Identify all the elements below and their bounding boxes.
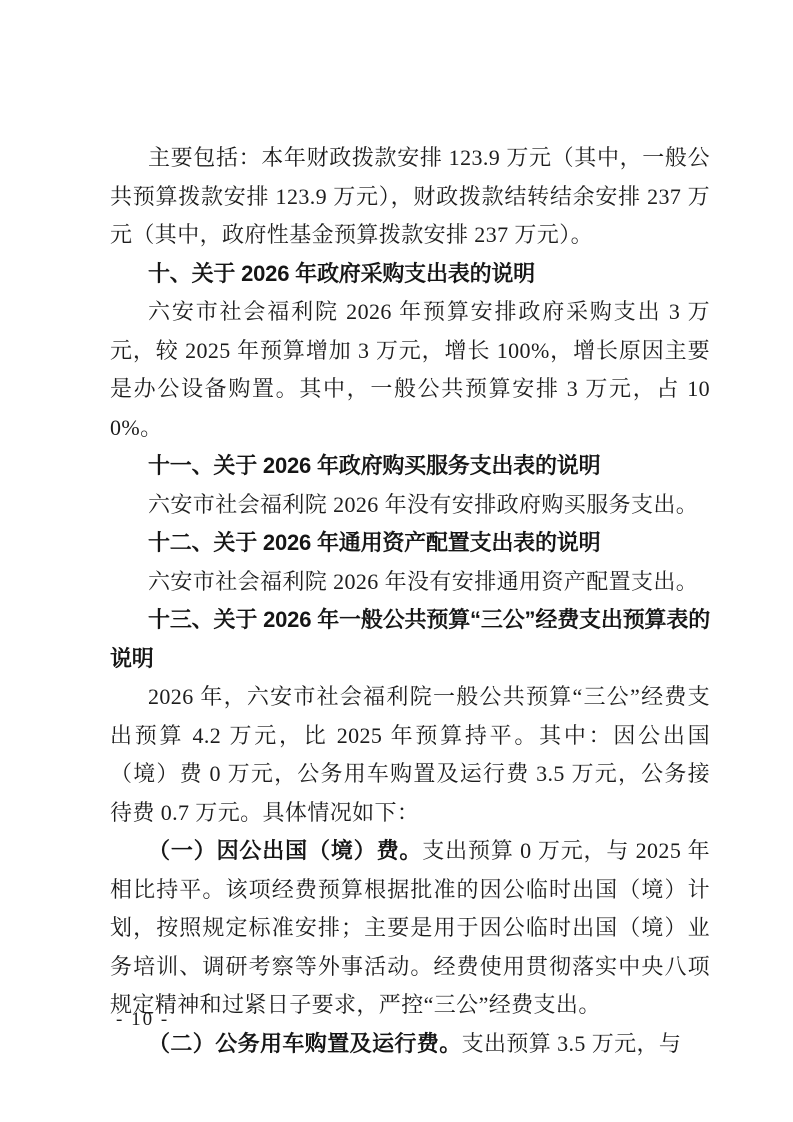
item-1-text: 支出预算 0 万元，与 2025 年相比持平。该项经费预算根据批准的因公临时出国… [110,838,710,1017]
document-page: 主要包括：本年财政拨款安排 123.9 万元（其中，一般公共预算拨款安排 123… [0,0,793,1122]
item-1-label: （一）因公出国（境）费。 [148,838,422,863]
item-2-label: （二）公务用车购置及运行费。 [148,1031,462,1056]
paragraph-section-13-body: 2026 年，六安市社会福利院一般公共预算“三公”经费支出预算 4.2 万元，比… [110,678,710,832]
document-body: 主要包括：本年财政拨款安排 123.9 万元（其中，一般公共预算拨款安排 123… [110,139,710,1063]
item-2-text: 支出预算 3.5 万元，与 [462,1031,682,1056]
heading-section-12-asset-allocation: 十二、关于 2026 年通用资产配置支出表的说明 [110,524,710,563]
paragraph-item-2-official-vehicles: （二）公务用车购置及运行费。支出预算 3.5 万元，与 [110,1025,710,1064]
heading-section-10-government-procurement: 十、关于 2026 年政府采购支出表的说明 [110,255,710,294]
page-number: - 10 - [116,1008,169,1032]
paragraph-item-1-overseas-trips: （一）因公出国（境）费。支出预算 0 万元，与 2025 年相比持平。该项经费预… [110,832,710,1025]
heading-section-11-purchased-services: 十一、关于 2026 年政府购买服务支出表的说明 [110,447,710,486]
paragraph-section-11-body: 六安市社会福利院 2026 年没有安排政府购买服务支出。 [110,486,710,525]
paragraph-section-10-body: 六安市社会福利院 2026 年预算安排政府采购支出 3 万元，较 2025 年预… [110,293,710,447]
paragraph-section-12-body: 六安市社会福利院 2026 年没有安排通用资产配置支出。 [110,563,710,602]
heading-section-13-three-public-expenses: 十三、关于 2026 年一般公共预算“三公”经费支出预算表的说明 [110,601,710,678]
paragraph-funding-summary: 主要包括：本年财政拨款安排 123.9 万元（其中，一般公共预算拨款安排 123… [110,139,710,255]
